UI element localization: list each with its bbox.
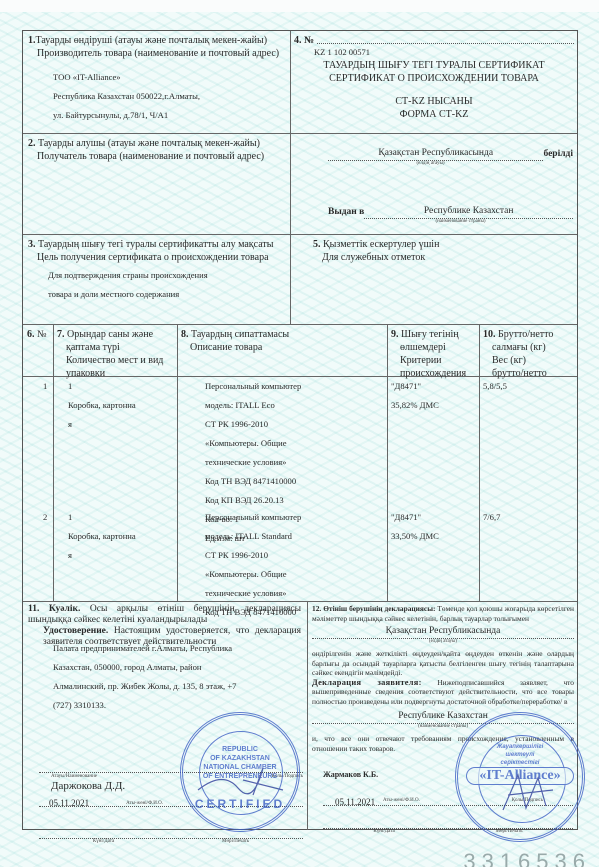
header-col-9-number: 9.	[391, 329, 399, 340]
header-col-6-number: 6.	[27, 329, 35, 340]
box-11-date: 05.11.2021	[49, 797, 89, 810]
certificate-form: 1.Тауарды өндіруші (атауы және почталық …	[22, 30, 578, 830]
row-2-desc-line: модель: ITALL Standard	[205, 527, 385, 546]
producer-address-1: Республика Казахстан 050022,г.Алматы,	[53, 87, 286, 106]
chamber-line-1: Палата предпринимателей г.Алматы, Респуб…	[53, 639, 303, 658]
box-2-recipient: 2. Тауарды алушы (атауы және почталық ме…	[28, 137, 286, 163]
box-11-number: 11.	[28, 604, 39, 614]
header-col-10-line-2: салмағы (кг)	[483, 341, 575, 354]
header-col-8-line-1: Тауардың сипаттамасы	[191, 329, 289, 340]
company-stamp: Жауапкершілігі шектеулі серіктестігі «IT…	[455, 712, 585, 842]
box-5-number: 5.	[313, 239, 321, 250]
row-2-packages: 1 Коробка, картонна я	[68, 508, 176, 565]
date-label: Күні/Дата	[93, 839, 114, 845]
box-5-official-use: 5. Қызметтік ескертулер үшін Для служебн…	[313, 238, 571, 264]
signer-fio-label: Аты-жөні/Ф.И.О.	[126, 801, 163, 810]
row-2-number: 2	[43, 508, 53, 527]
country-name-sublabel-ru: (наименование страны)	[328, 219, 573, 225]
chamber-stamp: REPUBLIC OF KAZAKHSTAN NATIONAL CHAMBER …	[180, 712, 300, 832]
header-col-6-label: №	[37, 329, 47, 340]
row-1-desc-line: СТ РК 1996-2010	[205, 415, 385, 434]
company-signature-scribble-icon	[498, 770, 558, 820]
header-col-10-line-1: Брутто/нетто	[498, 329, 553, 340]
row-1-criteria-percent: 35,82% ДМС	[391, 396, 479, 415]
row-2-desc-line: технические условия»	[205, 584, 385, 603]
row-1-weight: 5,8/5,5	[483, 377, 573, 396]
header-col-7-number: 7.	[57, 329, 65, 340]
company-stamp-top: Жауапкершілігі шектеулі серіктестігі	[458, 743, 582, 767]
top-margin	[0, 0, 599, 12]
signature-scribble-icon	[193, 760, 293, 800]
header-col-9: 9. Шығу тегінің өлшемдері Критерии проис…	[391, 328, 479, 380]
box-12-text-kz-2: өндірілгенін және жеткілікті өңдеуден/қа…	[312, 649, 574, 678]
chamber-line-2: Казахстан, 050000, город Алматы, район	[53, 658, 303, 677]
issued-in-block: Қазақстан Республикасында берілді (елдің…	[328, 147, 573, 225]
header-col-10-line-3: Вес (кг)	[483, 354, 575, 367]
box-12-country-kz: Қазақстан Республикасында	[312, 625, 574, 639]
header-col-9-line-1: Шығу тегінің	[401, 329, 459, 340]
seal-label: Мөрі/Печать	[222, 839, 249, 845]
row-1-desc-line: Код ТН ВЭД 8471410000	[205, 472, 385, 491]
row-2-criteria-percent: 33,50% ДМС	[391, 527, 479, 546]
issued-ru-prefix: Выдан в	[328, 206, 364, 219]
box-3-label-kz: Тауардың шығу тегі туралы сертификатты а…	[38, 239, 273, 250]
issued-country-kz: Қазақстан Республикасында	[328, 147, 543, 161]
box-4-certificate-header: 4. № KZ 1 102 00571 ТАУАРДЫҢ ШЫҒУ ТЕГІ Т…	[294, 34, 574, 121]
certificate-title-kz: ТАУАРДЫҢ ШЫҒУ ТЕГІ ТУРАЛЫ СЕРТИФИКАТ	[294, 59, 574, 72]
box-4-number-label: 4. №	[294, 34, 314, 47]
row-2-package-type: Коробка, картонна	[68, 527, 176, 546]
header-col-7-line-2: қаптама түрі	[57, 341, 177, 354]
box-2-label-kz: Тауарды алушы (атауы және почталық мекен…	[38, 138, 260, 149]
box-12-sublabel-kz: (елдің атауы)	[312, 639, 574, 645]
row-1-desc-line: «Компьютеры. Общие	[205, 434, 385, 453]
producer-address-2: ул. Байтурсынулы, д.78/1, Ч/А1	[53, 106, 286, 125]
box-3-purpose: 3. Тауардың шығу тегі туралы сертификатт…	[28, 238, 286, 304]
form-name-ru: ФОРМА СТ-KZ	[294, 108, 574, 121]
purpose-line-2: товара и доли местного содержания	[48, 285, 286, 304]
box-1-producer: 1.Тауарды өндіруші (атауы және почталық …	[28, 34, 286, 125]
header-col-6: 6. №	[27, 328, 53, 341]
box-12-signer-name: Жармаков К.Б.	[323, 768, 378, 781]
row-2-criteria: "Д8471" 33,50% ДМС	[391, 508, 479, 546]
box-2-number: 2.	[28, 138, 36, 149]
header-col-8-line-2: Описание товара	[181, 341, 381, 354]
row-1-package-type: Коробка, картонна	[68, 396, 176, 415]
row-2-weight: 7/6,7	[483, 508, 573, 527]
row-2-criteria-code: "Д8471"	[391, 508, 479, 527]
row-2-desc-line: Персональный компьютер	[205, 508, 385, 527]
row-2-desc-line: «Компьютеры. Общие	[205, 565, 385, 584]
row-1-criteria: "Д8471" 35,82% ДМС	[391, 377, 479, 415]
box-12-signer-fio-label: Аты-жөні/Ф.И.О.	[383, 798, 420, 806]
header-col-8-number: 8.	[181, 329, 189, 340]
header-col-7: 7. Орындар саны және қаптама түрі Количе…	[57, 328, 177, 380]
row-2-desc-line: СТ РК 1996-2010	[205, 546, 385, 565]
row-1-desc-line: модель: ITALL Eco	[205, 396, 385, 415]
box-1-label-kz: Тауарды өндіруші (атауы және почталық ме…	[36, 35, 268, 46]
row-1-criteria-code: "Д8471"	[391, 377, 479, 396]
box-1-label-ru: Производитель товара (наименование и поч…	[28, 47, 286, 60]
box-2-label-ru: Получатель товара (наименование и почтов…	[28, 150, 286, 163]
box-3-number: 3.	[28, 239, 36, 250]
box-12-date-label: Күні/Дата	[373, 829, 394, 835]
stamp-line-1: REPUBLIC	[183, 745, 297, 754]
row-2-package-count: 1	[68, 508, 176, 527]
row-1-desc-line: технические условия»	[205, 453, 385, 472]
header-col-10-number: 10.	[483, 329, 496, 340]
box-11-title-ru: Удостоверение.	[43, 626, 108, 636]
form-serial-number: 3316536	[463, 849, 591, 867]
issued-kz-suffix: берілді	[543, 148, 573, 161]
box-5-label-ru: Для служебных отметок	[313, 251, 571, 264]
header-col-9-line-3: Критерии	[391, 354, 479, 367]
form-name-kz: СТ-KZ НЫСАНЫ	[294, 95, 574, 108]
row-1-packages: 1 Коробка, картонна я	[68, 377, 176, 434]
row-1-number: 1	[43, 377, 53, 396]
country-name-sublabel-kz: (елдің атауы)	[328, 161, 573, 167]
certificate-title-ru: СЕРТИФИКАТ О ПРОИСХОЖДЕНИИ ТОВАРА	[294, 72, 574, 85]
row-1-package-count: 1	[68, 377, 176, 396]
box-12-number: 12.	[312, 604, 321, 613]
box-11-title-kz: Куәлік.	[49, 604, 80, 614]
header-col-7-line-1: Орындар саны және	[67, 329, 153, 340]
producer-name: ТОО «IT-Alliance»	[53, 68, 286, 87]
row-1-package-type-cont: я	[68, 415, 176, 434]
row-2-package-type-cont: я	[68, 546, 176, 565]
header-col-8: 8. Тауардың сипаттамасы Описание товара	[181, 328, 381, 354]
chamber-line-4: (727) 3310133.	[53, 696, 303, 715]
header-col-10: 10. Брутто/нетто салмағы (кг) Вес (кг) б…	[483, 328, 575, 380]
header-col-9-line-2: өлшемдері	[391, 341, 479, 354]
chamber-line-3: Алмалинский, пр. Жибек Жолы, д. 135, 8 э…	[53, 677, 303, 696]
issued-country-ru: Республике Казахстан	[364, 205, 573, 219]
header-col-7-line-3: Количество мест и вид	[57, 354, 177, 367]
chamber-address: Палата предпринимателей г.Алматы, Респуб…	[53, 646, 303, 715]
box-12-title-kz: Өтініш берушінің декларациясы:	[323, 604, 435, 613]
row-1-desc-line: Персональный компьютер	[205, 377, 385, 396]
box-5-label-kz: Қызметтік ескертулер үшін	[323, 239, 439, 250]
box-3-label-ru: Цель получения сертификата о происхожден…	[28, 251, 286, 264]
purpose-line-1: Для подтверждения страны происхождения	[48, 266, 286, 285]
box-12-title-ru: Декларация заявителя:	[312, 678, 422, 687]
box-1-number: 1.	[28, 35, 36, 46]
certificate-number: KZ 1 102 00571	[294, 47, 574, 57]
